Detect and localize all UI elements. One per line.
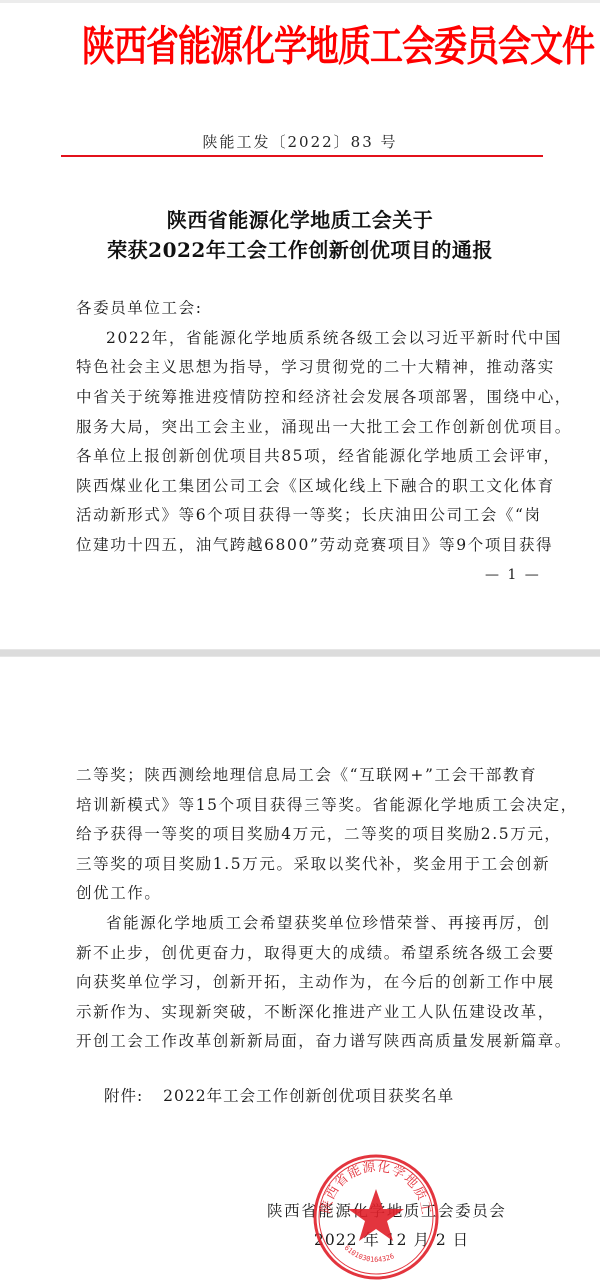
body-line: 培训新模式》等15个项目获得三等奖。省能源化学地质工会决定， (76, 793, 536, 815)
body-line: 特色社会主义思想为指导，学习贯彻党的二十大精神，推动落实 (76, 355, 536, 377)
body-line: 省能源化学地质工会希望获奖单位珍惜荣誉、再接再厉，创 (106, 911, 566, 933)
body-line: 2022年，省能源化学地质系统各级工会以习近平新时代中国 (106, 326, 566, 348)
page-number: — 1 — (485, 567, 541, 583)
document-header-title: 陕西省能源化学地质工会委员会文件 (82, 14, 534, 73)
document-title-line-1: 陕西省能源化学地质工会关于 (0, 204, 600, 233)
official-seal-icon: 陕西省能源化学地质工会委员会 6101030164326 (312, 1153, 440, 1281)
body-line: 位建功十四五，油气跨越6800”劳动竞赛项目》等9个项目获得 (76, 533, 536, 555)
red-divider-rule (61, 155, 543, 157)
body-line: 活动新形式》等6个项目获得一等奖；长庆油田公司工会《“岗 (76, 503, 536, 525)
body-line: 创优工作。 (76, 881, 536, 903)
document-title-line-2: 荣获2022年工会工作创新创优项目的通报 (0, 234, 600, 263)
body-line: 给予获得一等奖的项目奖励4万元，二等奖的项目奖励2.5万元， (76, 822, 536, 844)
attachment-label: 附件: (104, 1087, 143, 1105)
body-line: 三等奖的项目奖励1.5万元。采取以奖代补，奖金用于工会创新 (76, 852, 536, 874)
body-line: 中省关于统筹推进疫情防控和经济社会发展各项部署，围绕中心， (76, 385, 536, 407)
svg-text:6101030164326: 6101030164326 (343, 1244, 396, 1264)
body-line: 二等奖；陕西测绘地理信息局工会《“互联网+”工会干部教育 (76, 763, 536, 785)
attachment-link[interactable]: 2022年工会工作创新创优项目获奖名单 (163, 1087, 454, 1105)
body-line: 向获奖单位学习，创新开拓，主动作为，在今后的创新工作中展 (76, 970, 536, 992)
body-line: 示新作为、实现新突破，不断深化推进产业工人队伍建设改革， (76, 1000, 536, 1022)
page-separator (0, 649, 600, 657)
document-number: 陕能工发〔2022〕83 号 (0, 131, 600, 152)
body-line: 各单位上报创新创优项目共85项，经省能源化学地质工会评审， (76, 444, 536, 466)
salutation: 各委员单位工会: (76, 296, 536, 318)
body-line: 新不止步，创优更奋力，取得更大的成绩。希望系统各级工会要 (76, 941, 536, 963)
body-line: 开创工会工作改革创新新局面，奋力谱写陕西高质量发展新篇章。 (76, 1029, 536, 1051)
body-line: 陕西煤业化工集团公司工会《区域化线上下融合的职工文化体育 (76, 474, 536, 496)
page-2 (0, 657, 600, 1281)
body-line: 服务大局，突出工会主业，涌现出一大批工会工作创新创优项目。 (76, 415, 536, 437)
attachment-line: 附件: 2022年工会工作创新创优项目获奖名单 (104, 1084, 468, 1106)
